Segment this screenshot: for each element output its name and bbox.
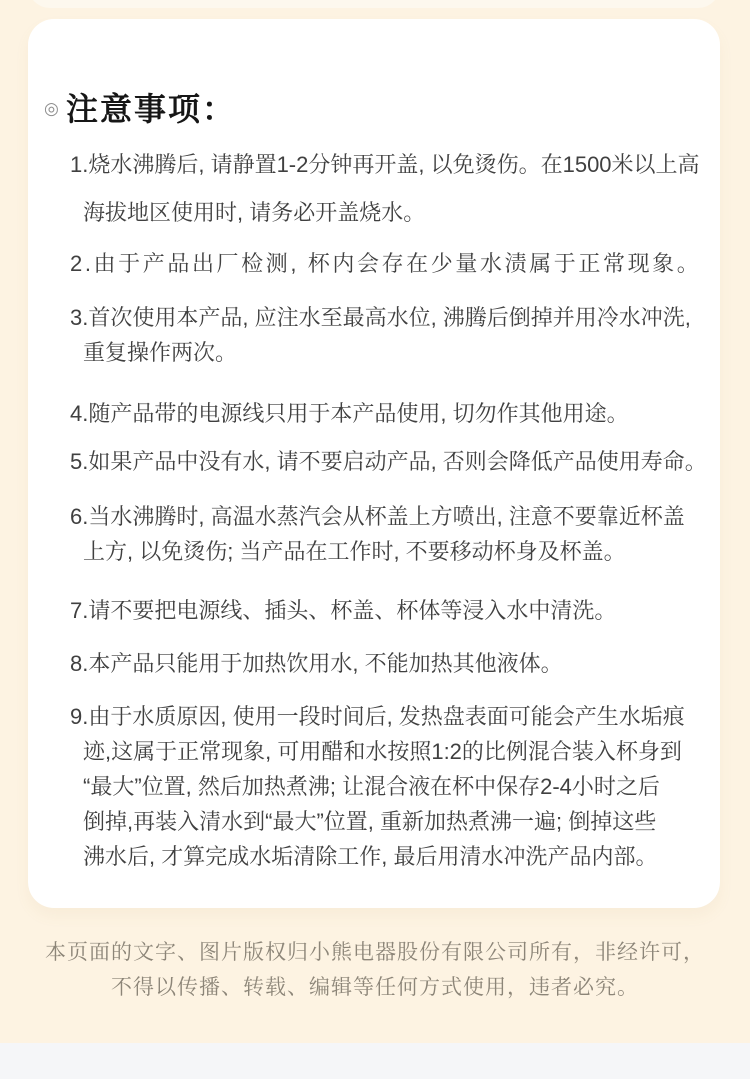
note-item-9-line-3: “最大”位置, 然后加热煮沸; 让混合液在杯中保存2-4小时之后 — [83, 775, 660, 799]
note-item-6-line-1: 6.当水沸腾时, 高温水蒸汽会从杯盖上方喷出, 注意不要靠近杯盖 — [70, 505, 685, 529]
note-item-7-line-1: 7.请不要把电源线、插头、杯盖、杯体等浸入水中清洗。 — [70, 599, 616, 623]
next-section-strip — [0, 1043, 750, 1079]
copyright-line-2: 不得以传播、转载、编辑等任何方式使用，违者必究。 — [0, 976, 750, 1000]
copyright-line-1: 本页面的文字、图片版权归小熊电器股份有限公司所有，非经许可， — [0, 941, 750, 965]
note-item-2-line-1: 2.由于产品出厂检测, 杯内会存在少量水渍属于正常现象。 — [70, 252, 701, 276]
note-item-5-line-1: 5.如果产品中没有水, 请不要启动产品, 否则会降低产品使用寿命。 — [70, 450, 707, 474]
note-item-1-line-2: 海拔地区使用时, 请务必开盖烧水。 — [83, 201, 425, 225]
previous-card-bottom-edge — [28, 0, 720, 8]
note-item-9-line-2: 迹,这属于正常现象, 可用醋和水按照1:2的比例混合装入杯身到 — [83, 740, 682, 764]
note-item-3-line-2: 重复操作两次。 — [83, 341, 237, 365]
section-title: 注意事项： — [66, 92, 236, 126]
note-item-6-line-2: 上方, 以免烫伤; 当产品在工作时, 不要移动杯身及杯盖。 — [83, 540, 626, 564]
product-notice-page: ◎ 注意事项： 1.烧水沸腾后, 请静置1-2分钟再开盖, 以免烫伤。在1500… — [0, 0, 750, 1079]
note-item-3-line-1: 3.首次使用本产品, 应注水至最高水位, 沸腾后倒掉并用冷水冲洗, — [70, 306, 691, 330]
note-item-9-line-1: 9.由于水质原因, 使用一段时间后, 发热盘表面可能会产生水垢痕 — [70, 705, 685, 729]
note-item-8-line-1: 8.本产品只能用于加热饮用水, 不能加热其他液体。 — [70, 652, 563, 676]
note-item-9-line-4: 倒掉,再装入清水到“最大”位置, 重新加热煮沸一遍; 倒掉这些 — [83, 810, 656, 834]
note-item-9-line-5: 沸水后, 才算完成水垢清除工作, 最后用清水冲洗产品内部。 — [83, 845, 657, 869]
note-item-4-line-1: 4.随产品带的电源线只用于本产品使用, 切勿作其他用途。 — [70, 402, 629, 426]
double-circle-bullet-icon: ◎ — [44, 100, 59, 117]
note-item-1-line-1: 1.烧水沸腾后, 请静置1-2分钟再开盖, 以免烫伤。在1500米以上高 — [70, 153, 700, 177]
